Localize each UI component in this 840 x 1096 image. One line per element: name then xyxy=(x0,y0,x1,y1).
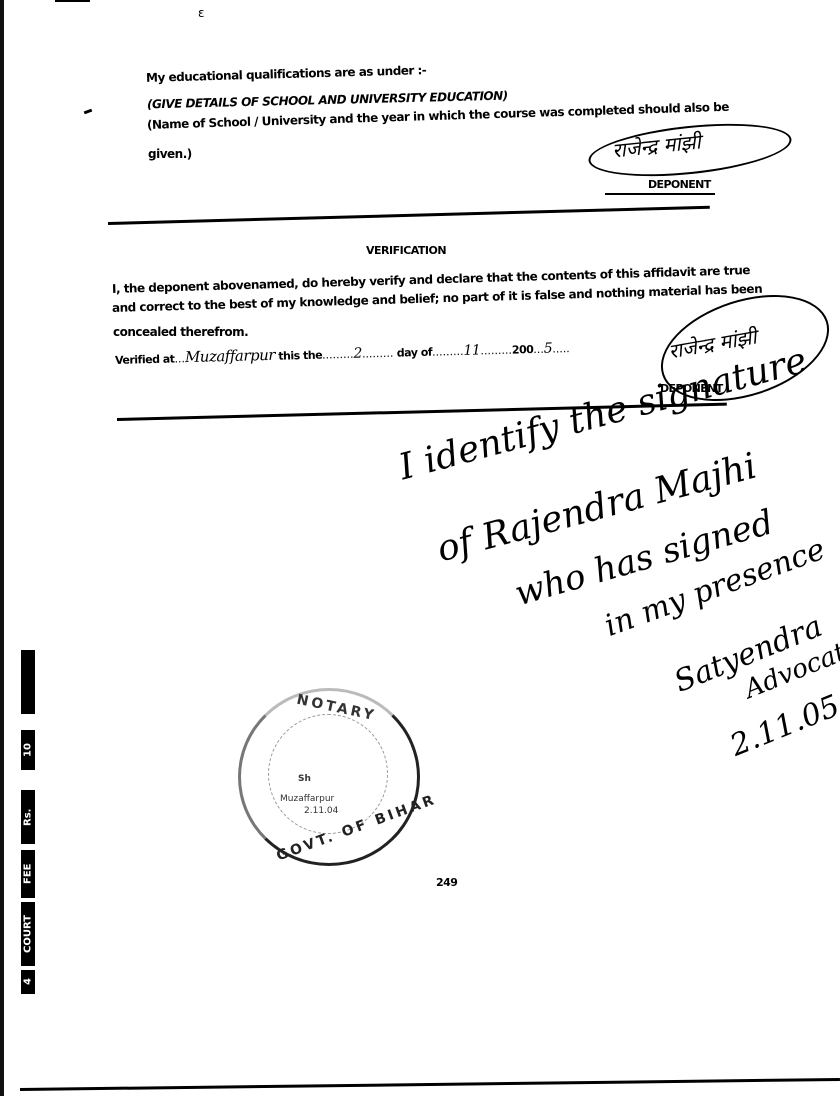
day-of-label: day of xyxy=(397,346,433,360)
court-fee-block: FEE xyxy=(21,850,35,898)
verification-text-line3: concealed therefrom. xyxy=(113,326,248,338)
court-fee-block: 4 xyxy=(21,970,35,994)
qualifications-intro: My educational qualifications are as und… xyxy=(146,64,427,84)
deponent-underline xyxy=(605,193,715,195)
stamp-inner-text: 2.11.04 xyxy=(304,806,338,816)
handwritten-date: 2.11.05 xyxy=(725,688,840,763)
stray-mark xyxy=(84,109,93,115)
court-fee-block: 10 xyxy=(21,730,35,770)
qualifications-instruction: (GIVE DETAILS OF SCHOOL AND UNIVERSITY E… xyxy=(147,90,508,111)
court-fee-block xyxy=(21,650,35,714)
stamp-inner-text: Muzaffarpur xyxy=(280,794,334,804)
verified-at-line: Verified at...Muzaffarpur this the......… xyxy=(115,340,570,367)
verification-heading: VERIFICATION xyxy=(366,245,446,256)
section-divider xyxy=(108,206,710,225)
verified-at-place: Muzaffarpur xyxy=(185,346,275,366)
stamp-inner-text: Sh xyxy=(298,774,311,784)
court-fee-block: Rs. xyxy=(21,790,35,844)
court-fee-block: COURT xyxy=(21,902,35,966)
stray-mark: ε xyxy=(198,6,205,20)
scan-edge-left xyxy=(0,0,4,1096)
qualifications-note-cont: given.) xyxy=(148,148,192,160)
year-prefix: 200 xyxy=(512,343,534,357)
verified-month: 11 xyxy=(463,342,480,358)
page-number: 249 xyxy=(436,877,457,888)
scan-edge-bottom xyxy=(20,1078,840,1091)
court-fee-strip: 4 COURT FEE Rs. 10 xyxy=(18,640,40,1000)
verified-at-label: Verified at xyxy=(115,352,175,367)
deponent-label: DEPONENT xyxy=(648,178,711,191)
scan-edge-top xyxy=(55,0,90,2)
this-the-label: this the xyxy=(278,349,322,363)
